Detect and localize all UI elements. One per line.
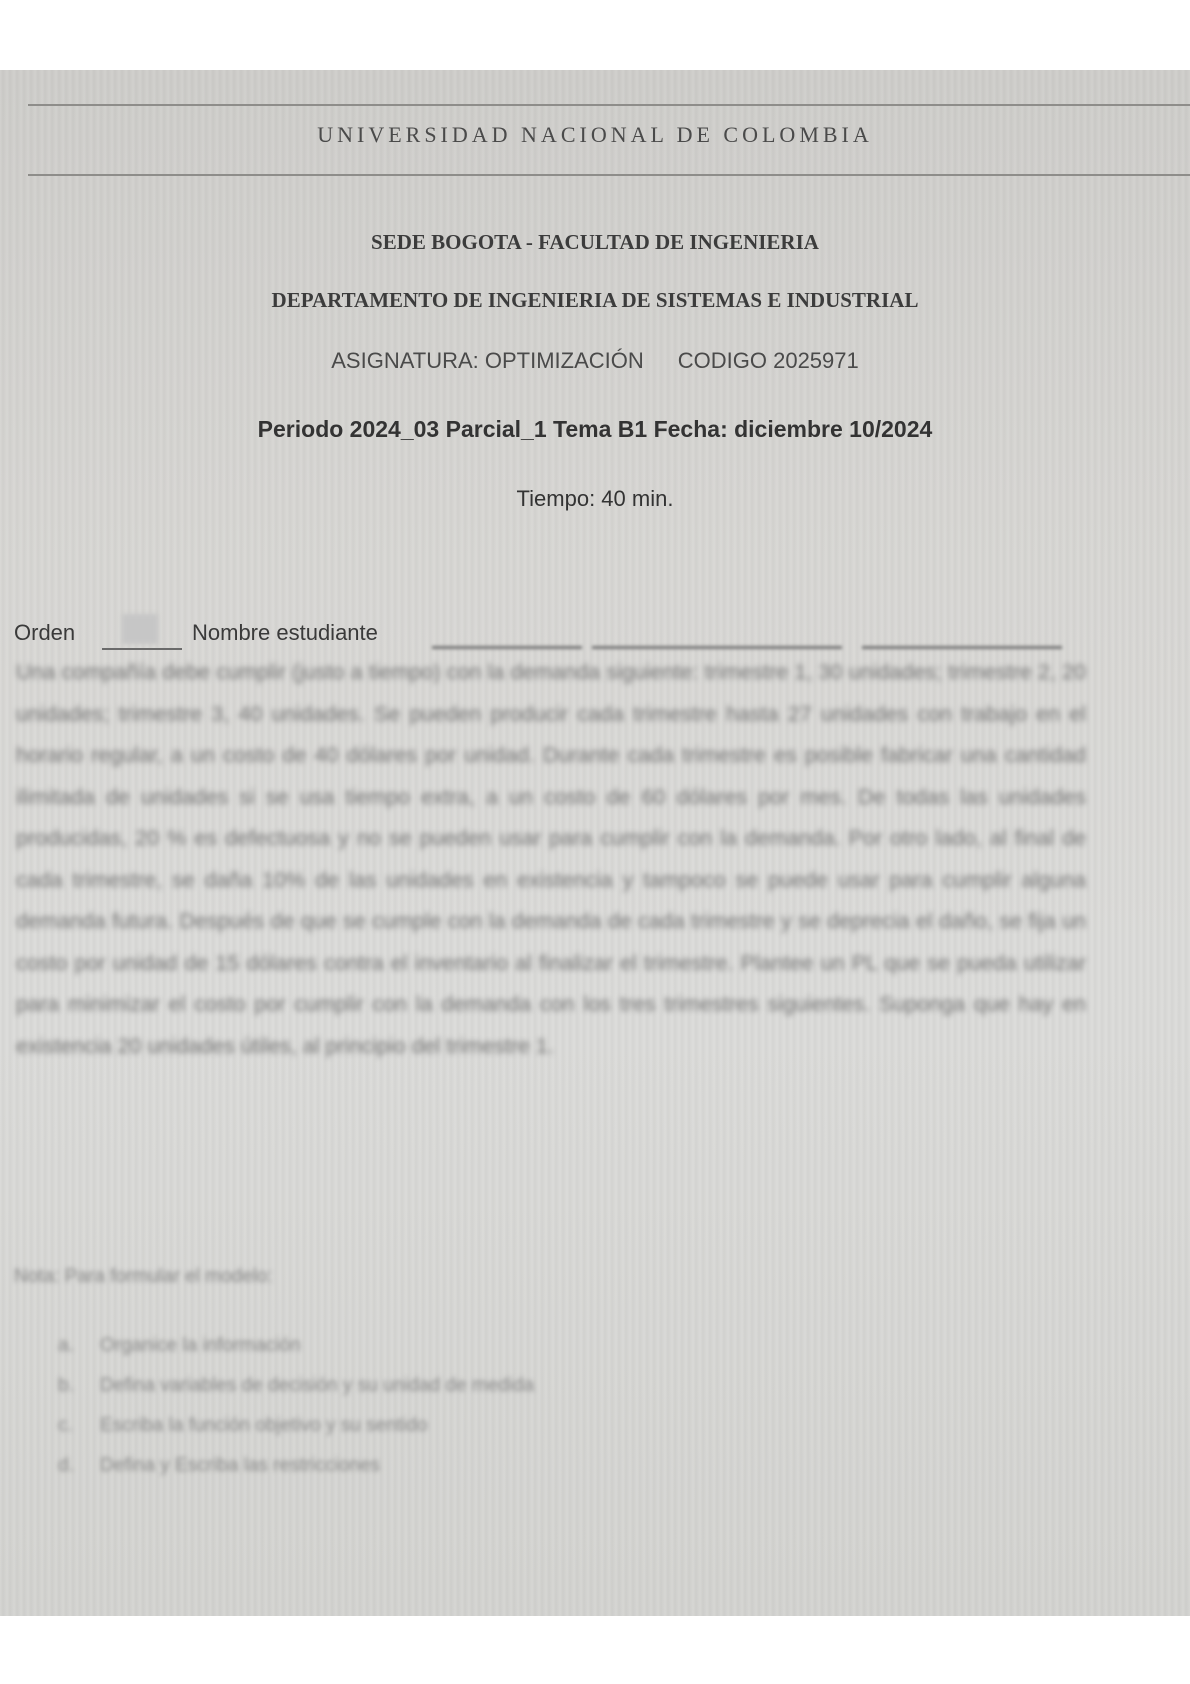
step-marker: c. [58, 1406, 100, 1446]
orden-redacted [122, 614, 158, 644]
subject-line: ASIGNATURA: OPTIMIZACIÓNCODIGO 2025971 [0, 348, 1190, 374]
exam-info: Periodo 2024_03 Parcial_1 Tema B1 Fecha:… [0, 416, 1190, 443]
list-item: c.Escriba la función objetivo y su senti… [58, 1406, 534, 1446]
nombre-field-part-1[interactable] [432, 646, 582, 649]
step-text: Organice la información [100, 1335, 301, 1356]
list-item: b.Defina variables de decisión y su unid… [58, 1366, 534, 1406]
list-item: d.Defina y Escriba las restricciones [58, 1446, 534, 1486]
course-code: CODIGO 2025971 [678, 348, 859, 373]
model-steps-list: a.Organice la información b.Defina varia… [58, 1326, 534, 1486]
step-text: Escriba la función objetivo y su sentido [100, 1415, 427, 1436]
step-text: Defina y Escriba las restricciones [100, 1455, 380, 1476]
nombre-field-part-3[interactable] [862, 646, 1062, 649]
campus-faculty: SEDE BOGOTA - FACULTAD DE INGENIERIA [0, 230, 1190, 255]
header-divider [28, 174, 1190, 176]
step-marker: d. [58, 1446, 100, 1486]
nombre-label: Nombre estudiante [192, 620, 378, 646]
department: DEPARTAMENTO DE INGENIERIA DE SISTEMAS E… [0, 288, 1190, 313]
step-marker: b. [58, 1366, 100, 1406]
nombre-field-part-2[interactable] [592, 646, 842, 649]
orden-field[interactable] [102, 648, 182, 650]
university-name: UNIVERSIDAD NACIONAL DE COLOMBIA [0, 122, 1190, 148]
step-marker: a. [58, 1326, 100, 1366]
exam-page-photo: UNIVERSIDAD NACIONAL DE COLOMBIA SEDE BO… [0, 70, 1190, 1616]
note-label: Nota: Para formular el modelo: [14, 1266, 273, 1288]
list-item: a.Organice la información [58, 1326, 534, 1366]
exam-time: Tiempo: 40 min. [0, 486, 1190, 512]
top-divider [28, 104, 1190, 106]
subject: ASIGNATURA: OPTIMIZACIÓN [331, 348, 644, 373]
step-text: Defina variables de decisión y su unidad… [100, 1375, 534, 1396]
problem-statement: Una compañía debe cumplir (justo a tiemp… [16, 652, 1086, 1067]
orden-label: Orden [14, 620, 75, 646]
